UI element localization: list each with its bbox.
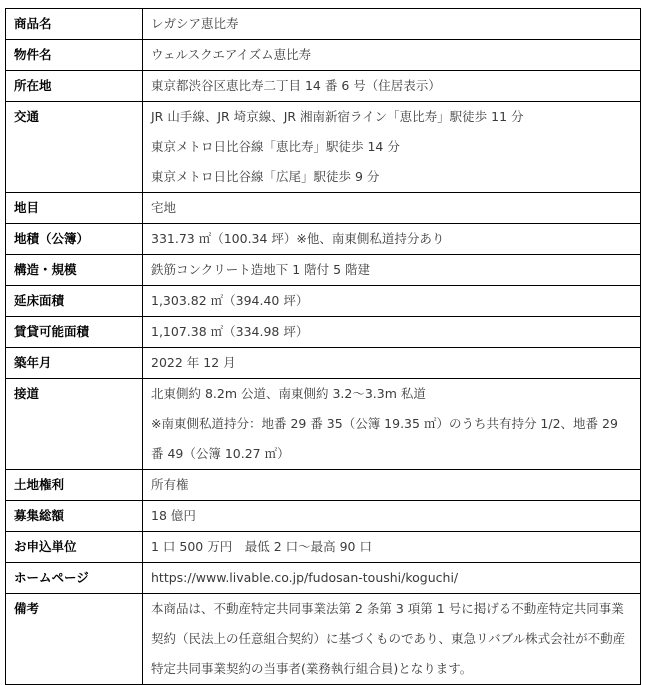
value-land-rights: 所有権 [143, 470, 641, 501]
product-name-text: レガシア恵比寿 [151, 9, 640, 39]
label-homepage: ホームページ [6, 563, 143, 594]
row-property-name: 物件名 ウェルスクエアイズム恵比寿 [6, 40, 641, 71]
transport-line-2: 東京メトロ日比谷線「恵比寿」駅徒歩 14 分 [151, 132, 640, 162]
subscription-unit-text: 1 口 500 万円 最低 2 口～最高 90 口 [151, 532, 640, 562]
row-structure: 構造・規模 鉄筋コンクリート造地下 1 階付 5 階建 [6, 255, 641, 286]
land-area-text: 331.73 ㎡（100.34 坪）※他、南東側私道持分あり [151, 224, 640, 254]
label-land-area: 地積（公簿） [6, 224, 143, 255]
row-rentable-area: 賃貸可能面積 1,107.38 ㎡（334.98 坪） [6, 317, 641, 348]
row-land-category: 地目 宅地 [6, 193, 641, 224]
label-road-access: 接道 [6, 379, 143, 470]
row-land-area: 地積（公簿） 331.73 ㎡（100.34 坪）※他、南東側私道持分あり [6, 224, 641, 255]
structure-text: 鉄筋コンクリート造地下 1 階付 5 階建 [151, 255, 640, 285]
value-total-floor-area: 1,303.82 ㎡（394.40 坪） [143, 286, 641, 317]
value-subscription-unit: 1 口 500 万円 最低 2 口～最高 90 口 [143, 532, 641, 563]
land-category-text: 宅地 [151, 193, 640, 223]
value-rentable-area: 1,107.38 ㎡（334.98 坪） [143, 317, 641, 348]
rentable-area-text: 1,107.38 ㎡（334.98 坪） [151, 317, 640, 347]
value-structure: 鉄筋コンクリート造地下 1 階付 5 階建 [143, 255, 641, 286]
row-total-floor-area: 延床面積 1,303.82 ㎡（394.40 坪） [6, 286, 641, 317]
transport-line-3: 東京メトロ日比谷線「広尾」駅徒歩 9 分 [151, 162, 640, 192]
row-product-name: 商品名 レガシア恵比寿 [6, 9, 641, 40]
value-built-date: 2022 年 12 月 [143, 348, 641, 379]
label-subscription-unit: お申込単位 [6, 532, 143, 563]
value-road-access: 北東側約 8.2m 公道、南東側約 3.2～3.3m 私道 ※南東側私道持分：地… [143, 379, 641, 470]
value-location: 東京都渋谷区恵比寿二丁目 14 番 6 号（住居表示） [143, 71, 641, 102]
value-land-category: 宅地 [143, 193, 641, 224]
label-land-category: 地目 [6, 193, 143, 224]
row-total-offering: 募集総額 18 億円 [6, 501, 641, 532]
total-floor-area-text: 1,303.82 ㎡（394.40 坪） [151, 286, 640, 316]
label-remarks: 備考 [6, 594, 143, 666]
row-transport: 交通 JR 山手線、JR 埼京線、JR 湘南新宿ライン「恵比寿」駅徒歩 11 分… [6, 102, 641, 193]
location-text: 東京都渋谷区恵比寿二丁目 14 番 6 号（住居表示） [151, 71, 640, 101]
property-spec-sheet: 商品名 レガシア恵比寿 物件名 ウェルスクエアイズム恵比寿 所在地 東京都渋谷区… [5, 8, 641, 665]
label-land-rights: 土地権利 [6, 470, 143, 501]
property-spec-table: 商品名 レガシア恵比寿 物件名 ウェルスクエアイズム恵比寿 所在地 東京都渋谷区… [5, 8, 641, 665]
total-offering-text: 18 億円 [151, 501, 640, 531]
value-remarks: 本商品は、不動産特定共同事業法第 2 条第 3 項第 1 号に掲げる不動産特定共… [143, 594, 641, 666]
property-name-text: ウェルスクエアイズム恵比寿 [151, 40, 640, 70]
row-land-rights: 土地権利 所有権 [6, 470, 641, 501]
label-built-date: 築年月 [6, 348, 143, 379]
road-access-line-1: 北東側約 8.2m 公道、南東側約 3.2～3.3m 私道 [151, 379, 640, 409]
label-transport: 交通 [6, 102, 143, 193]
row-location: 所在地 東京都渋谷区恵比寿二丁目 14 番 6 号（住居表示） [6, 71, 641, 102]
row-built-date: 築年月 2022 年 12 月 [6, 348, 641, 379]
land-rights-text: 所有権 [151, 470, 640, 500]
label-product-name: 商品名 [6, 9, 143, 40]
transport-line-1: JR 山手線、JR 埼京線、JR 湘南新宿ライン「恵比寿」駅徒歩 11 分 [151, 102, 640, 132]
label-rentable-area: 賃貸可能面積 [6, 317, 143, 348]
value-total-offering: 18 億円 [143, 501, 641, 532]
row-remarks: 備考 本商品は、不動産特定共同事業法第 2 条第 3 項第 1 号に掲げる不動産… [6, 594, 641, 666]
label-total-offering: 募集総額 [6, 501, 143, 532]
row-subscription-unit: お申込単位 1 口 500 万円 最低 2 口～最高 90 口 [6, 532, 641, 563]
value-land-area: 331.73 ㎡（100.34 坪）※他、南東側私道持分あり [143, 224, 641, 255]
value-transport: JR 山手線、JR 埼京線、JR 湘南新宿ライン「恵比寿」駅徒歩 11 分 東京… [143, 102, 641, 193]
row-homepage: ホームページ https://www.livable.co.jp/fudosan… [6, 563, 641, 594]
label-location: 所在地 [6, 71, 143, 102]
remarks-text: 本商品は、不動産特定共同事業法第 2 条第 3 項第 1 号に掲げる不動産特定共… [151, 594, 640, 665]
road-access-line-2: ※南東側私道持分：地番 29 番 35（公簿 19.35 ㎡）のうち共有持分 1… [151, 409, 640, 469]
row-road-access: 接道 北東側約 8.2m 公道、南東側約 3.2～3.3m 私道 ※南東側私道持… [6, 379, 641, 470]
value-homepage: https://www.livable.co.jp/fudosan-toushi… [143, 563, 641, 594]
label-property-name: 物件名 [6, 40, 143, 71]
built-date-text: 2022 年 12 月 [151, 348, 640, 378]
value-product-name: レガシア恵比寿 [143, 9, 641, 40]
label-total-floor-area: 延床面積 [6, 286, 143, 317]
homepage-link[interactable]: https://www.livable.co.jp/fudosan-toushi… [151, 563, 640, 593]
value-property-name: ウェルスクエアイズム恵比寿 [143, 40, 641, 71]
label-structure: 構造・規模 [6, 255, 143, 286]
